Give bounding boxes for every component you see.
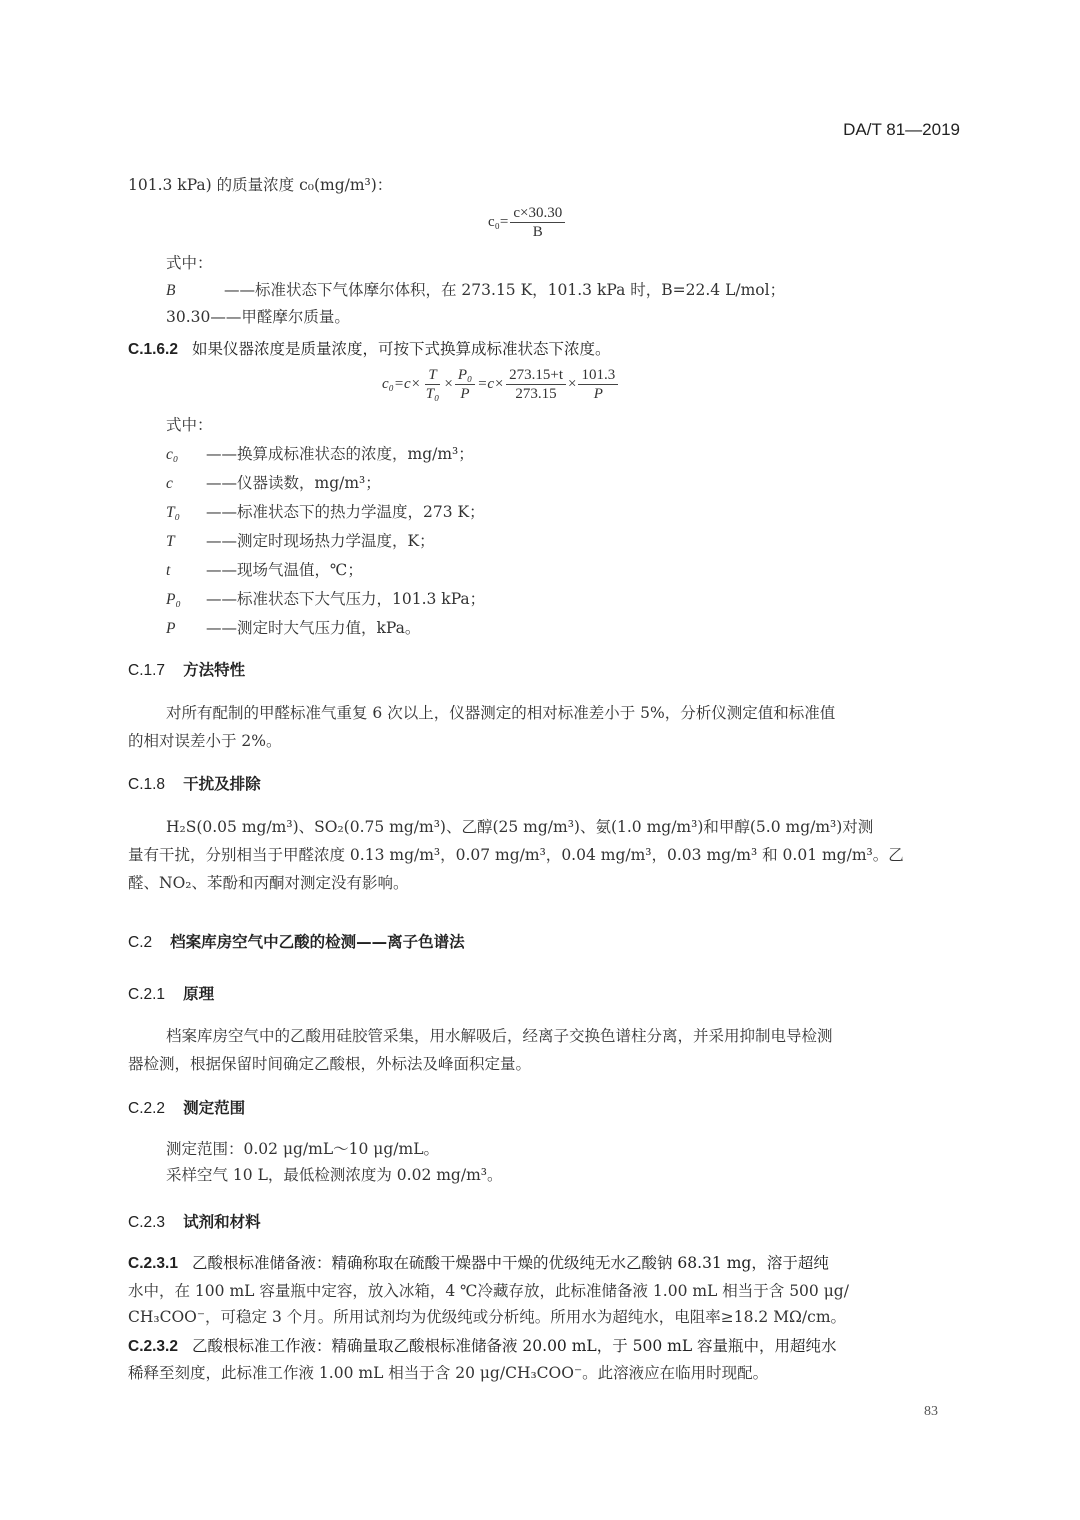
formula-lhs: c₀ xyxy=(488,214,500,231)
frac-bottom: 273.15 xyxy=(512,385,559,403)
paragraph-line: 采样空气 10 L，最低检测浓度为 0.02 mg/m³。 xyxy=(166,1164,503,1186)
section-title: 档案库房空气中乙酸的检测——离子色谱法 xyxy=(170,933,465,951)
section-heading-c17: C.1.7方法特性 xyxy=(128,658,245,680)
section-number: C.2 xyxy=(128,934,152,951)
frac-top: 273.15+t xyxy=(506,366,566,385)
definition-row: c₀——换算成标准状态的浓度，mg/m³； xyxy=(166,443,474,466)
clause-number: C.2.3.1 xyxy=(128,1255,178,1272)
definition-text: ——现场气温值，℃； xyxy=(206,561,363,579)
definition-symbol: c xyxy=(166,473,206,495)
formula-mass-concentration: c₀= c×30.30 B xyxy=(488,204,567,241)
intro-line: 101.3 kPa) 的质量浓度 c₀(mg/m³)： xyxy=(128,174,392,196)
definition-row: 30.30——甲醛摩尔质量。 xyxy=(166,306,350,328)
section-number: C.1.8 xyxy=(128,776,165,793)
definition-text: ——标准状态下气体摩尔体积，在 273.15 K，101.3 kPa 时，B=2… xyxy=(224,281,785,299)
definition-symbol: t xyxy=(166,560,206,582)
section-heading-c21: C.2.1原理 xyxy=(128,982,214,1004)
frac-bottom: P xyxy=(457,385,472,403)
clause-text: 如果仪器浓度是质量浓度，可按下式换算成标准状态下浓度。 xyxy=(192,340,611,358)
formula-denominator: B xyxy=(530,223,546,241)
definition-symbol: T xyxy=(166,531,206,553)
paragraph-line: 器检测，根据保留时间确定乙酸根，外标法及峰面积定量。 xyxy=(128,1053,531,1075)
section-number: C.2.1 xyxy=(128,986,165,1003)
section-number: C.2.3 xyxy=(128,1214,165,1231)
clause-text: 乙酸根标准工作液：精确量取乙酸根标准储备液 20.00 mL，于 500 mL … xyxy=(192,1337,837,1355)
clause-c231: C.2.3.1乙酸根标准储备液：精确称取在硫酸干燥器中干燥的优级纯无水乙酸钠 6… xyxy=(128,1252,829,1275)
definition-symbol: c₀ xyxy=(166,444,206,466)
section-title: 干扰及排除 xyxy=(183,775,261,793)
definition-symbol: P xyxy=(166,618,206,640)
paragraph-line: 的相对误差小于 2%。 xyxy=(128,730,282,752)
paragraph-line: 水中，在 100 mL 容量瓶中定容，放入冰箱，4 ℃冷藏存放，此标准储备液 1… xyxy=(128,1280,849,1302)
clause-c162: C.1.6.2如果仪器浓度是质量浓度，可按下式换算成标准状态下浓度。 xyxy=(128,338,611,361)
section-heading-c23: C.2.3试剂和材料 xyxy=(128,1210,261,1232)
definition-row: t——现场气温值，℃； xyxy=(166,559,363,582)
formula-numerator: c×30.30 xyxy=(510,204,565,223)
paragraph-line: H₂S(0.05 mg/m³)、SO₂(0.75 mg/m³)、乙醇(25 mg… xyxy=(166,816,873,838)
definition-row: T——测定时现场热力学温度，K； xyxy=(166,530,435,553)
clause-text: 乙酸根标准储备液：精确称取在硫酸干燥器中干燥的优级纯无水乙酸钠 68.31 mg… xyxy=(192,1254,829,1272)
paragraph-line: 稀释至刻度，此标准工作液 1.00 mL 相当于含 20 μg/CH₃COO⁻。… xyxy=(128,1362,768,1384)
definition-row: P——测定时大气压力值，kPa。 xyxy=(166,617,420,640)
formula-lhs: c₀=c× xyxy=(382,376,421,393)
formula-mid: =c× xyxy=(477,376,504,393)
paragraph-line: 醛、NO₂、苯酚和丙酮对测定没有影响。 xyxy=(128,872,409,894)
frac-bottom: P xyxy=(591,385,606,403)
definition-text: ——换算成标准状态的浓度，mg/m³； xyxy=(206,445,474,463)
definition-symbol: P₀ xyxy=(166,589,206,611)
section-title: 试剂和材料 xyxy=(183,1213,261,1231)
section-heading-c22: C.2.2测定范围 xyxy=(128,1096,245,1118)
definition-symbol: T₀ xyxy=(166,502,206,524)
paragraph-line: 量有干扰，分别相当于甲醛浓度 0.13 mg/m³，0.07 mg/m³，0.0… xyxy=(128,844,904,866)
definition-symbol: B xyxy=(166,280,224,302)
section-heading-c2: C.2档案库房空气中乙酸的检测——离子色谱法 xyxy=(128,930,465,952)
definition-symbol: 30.30 xyxy=(166,308,210,326)
definition-row: P₀——标准状态下大气压力，101.3 kPa； xyxy=(166,588,485,611)
definition-text: ——甲醛摩尔质量。 xyxy=(210,308,350,326)
definition-row: B——标准状态下气体摩尔体积，在 273.15 K，101.3 kPa 时，B=… xyxy=(166,279,785,302)
definition-text: ——测定时大气压力值，kPa。 xyxy=(206,619,420,637)
paragraph-line: 档案库房空气中的乙酸用硅胶管采集，用水解吸后，经离子交换色谱柱分离，并采用抑制电… xyxy=(166,1025,833,1047)
where-label: 式中： xyxy=(166,414,213,436)
frac-top: 101.3 xyxy=(578,366,618,385)
paragraph-line: CH₃COO⁻，可稳定 3 个月。所用试剂均为优级纯或分析纯。所用水为超纯水，电… xyxy=(128,1306,846,1328)
where-label: 式中： xyxy=(166,252,213,274)
definition-text: ——仪器读数，mg/m³； xyxy=(206,474,381,492)
frac-bottom: T₀ xyxy=(423,385,443,403)
formula-conversion: c₀=c× TT₀ × P₀P =c× 273.15+t273.15 × 101… xyxy=(382,366,620,403)
frac-top: P₀ xyxy=(455,366,475,385)
clause-number: C.2.3.2 xyxy=(128,1338,178,1355)
document-code: DA/T 81—2019 xyxy=(843,120,960,140)
clause-c232: C.2.3.2乙酸根标准工作液：精确量取乙酸根标准储备液 20.00 mL，于 … xyxy=(128,1335,837,1358)
section-title: 原理 xyxy=(183,985,214,1003)
definition-text: ——标准状态下大气压力，101.3 kPa； xyxy=(206,590,485,608)
definition-text: ——测定时现场热力学温度，K； xyxy=(206,532,435,550)
frac-top: T xyxy=(425,366,439,385)
section-title: 方法特性 xyxy=(183,661,245,679)
definition-text: ——标准状态下的热力学温度，273 K； xyxy=(206,503,485,521)
section-number: C.1.7 xyxy=(128,662,165,679)
section-number: C.2.2 xyxy=(128,1100,165,1117)
definition-row: T₀——标准状态下的热力学温度，273 K； xyxy=(166,501,485,524)
page-number: 83 xyxy=(924,1404,938,1420)
section-title: 测定范围 xyxy=(183,1099,245,1117)
clause-number: C.1.6.2 xyxy=(128,341,178,358)
definition-row: c——仪器读数，mg/m³； xyxy=(166,472,381,495)
paragraph-line: 对所有配制的甲醛标准气重复 6 次以上，仪器测定的相对标准差小于 5%，分析仪测… xyxy=(166,702,835,724)
section-heading-c18: C.1.8干扰及排除 xyxy=(128,772,261,794)
paragraph-line: 测定范围：0.02 μg/mL～10 μg/mL。 xyxy=(166,1138,439,1160)
